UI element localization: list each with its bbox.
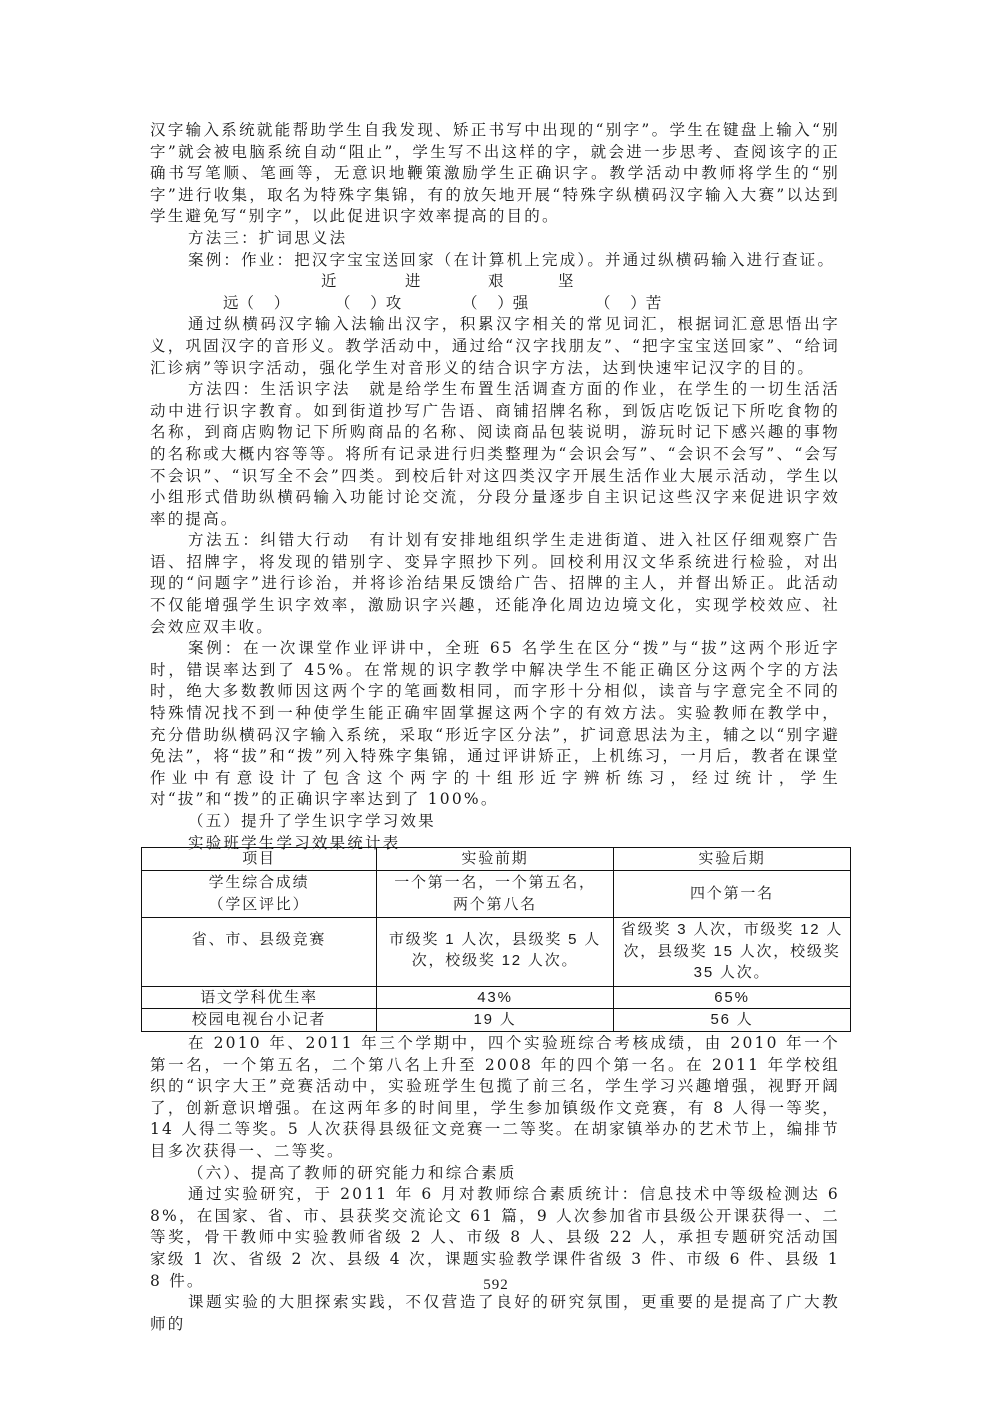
- exercise-word: 近: [321, 271, 337, 293]
- method-5-text: 方法五：纠错大行动 有计划有安排地组织学生走进街道、进入社区仔细观察广告语、招牌…: [150, 530, 840, 638]
- exercise-blanks-row: 远（ ） （ ）攻 （ ）强 （ ）苦: [150, 293, 840, 315]
- stats-table: 项目 实验前期 实验后期 学生综合成绩 （学区评比） 一个第一名，一个第五名， …: [141, 847, 851, 1032]
- cell-line: 学生综合成绩: [148, 872, 370, 894]
- cell-item: 语文学科优生率: [142, 986, 377, 1009]
- page-number: 592: [0, 1277, 992, 1294]
- cell-after: 省级奖 3 人次，市级奖 12 人 次，县级奖 15 人次，校级奖 35 人次。: [614, 917, 851, 986]
- paragraph-intro: 汉字输入系统就能帮助学生自我发现、矫正书写中出现的“别字”。学生在键盘上输入“别…: [150, 120, 840, 228]
- header-before: 实验前期: [377, 848, 614, 871]
- cell-line: 一个第一名，一个第五名，: [383, 872, 607, 894]
- exercise-blank: （ ）攻: [335, 293, 401, 315]
- exercise-words-row: 近 进 艰 坚: [150, 271, 840, 293]
- cell-line: 次，县级奖 15 人次，校级奖: [620, 941, 844, 963]
- exercise-blank: （ ）强: [462, 293, 528, 315]
- method-3-case: 案例：作业：把汉字宝宝送回家（在计算机上完成）。并通过纵横码输入进行查证。: [150, 250, 840, 272]
- cell-before: 43%: [377, 986, 614, 1009]
- method-5-case: 案例：在一次课堂作业评讲中，全班 65 名学生在区分“拨”与“拔”这两个形近字时…: [150, 638, 840, 811]
- cell-item: 省、市、县级竞赛: [142, 917, 377, 986]
- cell-after: 四个第一名: [614, 870, 851, 917]
- cell-line: （学区评比）: [148, 894, 370, 916]
- method-3-text: 通过纵横码汉字输入法输出汉字，积累汉字相关的常见词汇，根据词汇意思悟出字义，巩固…: [150, 314, 840, 379]
- exercise-blank: 远（ ）: [223, 293, 289, 315]
- cell-before: 19 人: [377, 1009, 614, 1032]
- cell-line: 省级奖 3 人次，市级奖 12 人: [620, 919, 844, 941]
- exercise-blank: （ ）苦: [595, 293, 661, 315]
- method-3-heading: 方法三：扩词思义法: [150, 228, 840, 250]
- exercise-word: 进: [405, 271, 421, 293]
- section-6-heading: （六）、提高了教师的研究能力和综合素质: [150, 1163, 840, 1185]
- exercise-word: 艰: [488, 271, 504, 293]
- page-body: 汉字输入系统就能帮助学生自我发现、矫正书写中出现的“别字”。学生在键盘上输入“别…: [150, 120, 840, 854]
- cell-item: 校园电视台小记者: [142, 1009, 377, 1032]
- cell-before: 一个第一名，一个第五名， 两个第八名: [377, 870, 614, 917]
- section-5-heading: （五）提升了学生识字学习效果: [150, 811, 840, 833]
- closing-text: 课题实验的大胆探索实践，不仅营造了良好的研究氛围，更重要的是提高了广大教师的: [150, 1292, 840, 1335]
- table-row: 校园电视台小记者 19 人 56 人: [142, 1009, 851, 1032]
- header-after: 实验后期: [614, 848, 851, 871]
- cell-line: 35 人次。: [620, 962, 844, 984]
- cell-item: 学生综合成绩 （学区评比）: [142, 870, 377, 917]
- table-row: 学生综合成绩 （学区评比） 一个第一名，一个第五名， 两个第八名 四个第一名: [142, 870, 851, 917]
- table-header-row: 项目 实验前期 实验后期: [142, 848, 851, 871]
- cell-line: 次，校级奖 12 人次。: [383, 950, 607, 972]
- cell-after: 65%: [614, 986, 851, 1009]
- cell-before: 市级奖 1 人次，县级奖 5 人 次，校级奖 12 人次。: [377, 917, 614, 986]
- cell-after: 56 人: [614, 1009, 851, 1032]
- section-5-text: 在 2010 年、2011 年三个学期中，四个实验班综合考核成绩，由 2010 …: [150, 1033, 840, 1163]
- section-6-text: 通过实验研究，于 2011 年 6 月对教师综合素质统计：信息技术中等级检测达 …: [150, 1184, 840, 1292]
- cell-line: 市级奖 1 人次，县级奖 5 人: [383, 929, 607, 951]
- table-row: 语文学科优生率 43% 65%: [142, 986, 851, 1009]
- method-4-text: 方法四：生活识字法 就是给学生布置生活调查方面的作业，在学生的一切生活活动中进行…: [150, 379, 840, 530]
- exercise-word: 坚: [558, 271, 574, 293]
- table-row: 省、市、县级竞赛 市级奖 1 人次，县级奖 5 人 次，校级奖 12 人次。 省…: [142, 917, 851, 986]
- header-item: 项目: [142, 848, 377, 871]
- cell-line: 两个第八名: [383, 894, 607, 916]
